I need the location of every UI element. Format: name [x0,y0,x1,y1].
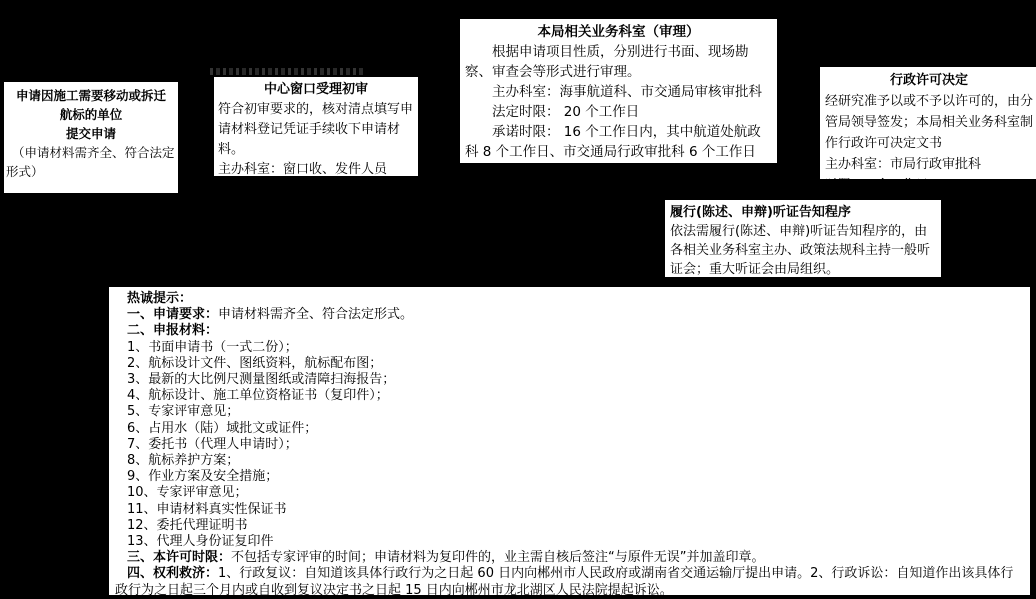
window-review-title: 中心窗口受理初审 [218,80,414,100]
tips-heading: 热诚提示： [115,291,1024,307]
tips-remedy-line: 四、权利救济：1、行政复议：自知道该具体行政行为之日起 60 日内向郴州市人民政… [115,566,1024,598]
apply-box: 申请因施工需要移动或拆迁 航标的单位 提交申请 （申请材料需齐全、符合法定形式） [2,80,180,195]
window-review-time: 时限：即时办理 [218,180,414,200]
tips-requirement-line: 一、申请要求：申请材料需齐全、符合法定形式。 [115,307,1024,323]
tips-box: 热诚提示： 一、申请要求：申请材料需齐全、符合法定形式。 二、申报材料： 1、书… [107,285,1032,597]
bureau-review-box: 本局相关业务科室（审理） 根据申请项目性质，分别进行书面、现场勘察、审查会等形式… [458,17,779,165]
bureau-review-title: 本局相关业务科室（审理） [465,22,772,42]
material-item: 8、航标养护方案； [115,453,1024,469]
apply-box-line3: 提交申请 [6,124,176,143]
material-item: 9、作业方案及安全措施； [115,469,1024,485]
tips-requirement-label: 一、申请要求： [127,307,218,322]
window-review-body: 符合初审要求的，核对清点填写申请材料登记凭证手续收下申请材料。 [218,100,414,160]
material-item: 7、委托书（代理人申请时）； [115,437,1024,453]
tips-remedy-label: 四、权利救济： [127,566,218,581]
clipped-text-fragment [210,68,366,75]
material-item: 5、专家评审意见； [115,404,1024,420]
material-item: 13、代理人身份证复印件 [115,534,1024,550]
decision-time: 时限：2 个工作日 [825,175,1033,196]
apply-box-note: （申请材料需齐全、符合法定形式） [6,143,176,181]
tips-materials-label: 二、申报材料： [115,323,1024,339]
window-review-box: 中心窗口受理初审 符合初审要求的，核对清点填写申请材料登记凭证手续收下申请材料。… [212,75,420,178]
material-item: 10、专家评审意见； [115,485,1024,501]
tips-limit-line: 三、本许可时限：不包括专家评审的时间；申请材料为复印件的，业主需自核后签注“与原… [115,550,1024,566]
hearing-title: 履行(陈述、申辩)听证告知程序 [670,203,936,222]
flowchart-canvas: 申请因施工需要移动或拆迁 航标的单位 提交申请 （申请材料需齐全、符合法定形式）… [0,0,1036,599]
hearing-box: 履行(陈述、申辩)听证告知程序 依法需履行(陈述、申辩)听证告知程序的，由各相关… [663,198,943,279]
tips-limit-label: 三、本许可时限： [127,550,231,565]
hearing-body: 依法需履行(陈述、申辩)听证告知程序的，由各相关业务科室主办、政策法规科主持一般… [670,222,936,279]
bureau-review-promise-time: 承诺时限： 16 个工作日内，其中航道处航政科 8 个工作日、市交通局行政审批科… [465,122,772,162]
decision-body: 经研究准予以或不予以许可的，由分管局领导签发；本局相关业务科室制作行政许可决定文… [825,91,1033,154]
material-item: 12、委托代理证明书 [115,518,1024,534]
material-item: 4、航标设计、施工单位资格证书（复印件）； [115,388,1024,404]
bureau-review-note: （以上时限，不包括专家评审的时间） [465,162,772,182]
tips-limit-text: 不包括专家评审的时间；申请材料为复印件的，业主需自核后签注“与原件无误”并加盖印… [231,550,764,565]
material-item: 6、占用水（陆）域批文或证件； [115,421,1024,437]
decision-title: 行政许可决定 [825,70,1033,91]
material-item: 2、航标设计文件、图纸资料，航标配布图； [115,356,1024,372]
tips-remedy-text: 1、行政复议：自知道该具体行政行为之日起 60 日内向郴州市人民政府或湖南省交通… [115,566,1013,597]
material-item: 11、申请材料真实性保证书 [115,502,1024,518]
tips-requirement-text: 申请材料需齐全、符合法定形式。 [218,307,413,322]
apply-box-line1: 申请因施工需要移动或拆迁 [6,86,176,105]
decision-box: 行政许可决定 经研究准予以或不予以许可的，由分管局领导签发；本局相关业务科室制作… [818,65,1036,181]
bureau-review-dept: 主办科室：海事航道科、市交通局审核审批科 [465,82,772,102]
window-review-dept: 主办科室：窗口收、发件人员 [218,160,414,180]
decision-dept: 主办科室：市局行政审批科 [825,154,1033,175]
apply-box-line2: 航标的单位 [6,105,176,124]
material-item: 3、最新的大比例尺测量图纸或清障扫海报告； [115,372,1024,388]
bureau-review-body: 根据申请项目性质，分别进行书面、现场勘察、审查会等形式进行审理。 [465,42,772,82]
bureau-review-legal-time: 法定时限： 20 个工作日 [465,102,772,122]
material-item: 1、书面申请书（一式二份）； [115,340,1024,356]
